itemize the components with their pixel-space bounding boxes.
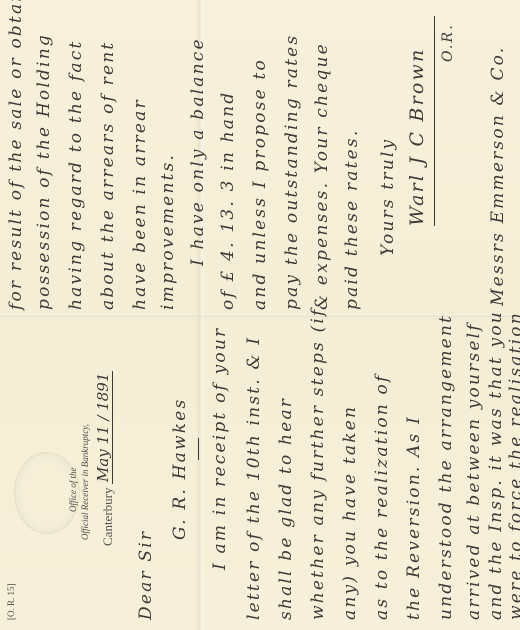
- re-line-underline: [198, 438, 199, 460]
- body-line: improvements.: [158, 153, 178, 310]
- page-two: for result of the sale or obtaining poss…: [0, 0, 520, 316]
- letter-sheet: [O. R. 15] Office of the Official Receiv…: [0, 0, 520, 630]
- signature-title: O.R.: [440, 23, 456, 62]
- body-line: & expenses. Your cheque: [312, 42, 332, 310]
- body-line: having regard to the fact: [66, 40, 86, 310]
- body-line: I have only a balance: [188, 37, 208, 266]
- body-line: as to the realization of: [372, 374, 392, 620]
- body-line: have been in arrear: [130, 98, 150, 310]
- letter-date: May 11 / 1891: [94, 371, 113, 484]
- body-line: whether any further steps (if: [308, 307, 328, 620]
- page-one: [O. R. 15] Office of the Official Receiv…: [0, 318, 520, 630]
- form-code: [O. R. 15]: [6, 584, 16, 621]
- office-title-line-1: Office of the: [68, 468, 78, 513]
- signature-underline: [434, 16, 435, 226]
- re-line: G. R. Hawkes: [170, 398, 190, 540]
- body-line: arrived at between yourself: [464, 322, 484, 620]
- body-line: were to force the realisation: [506, 311, 520, 620]
- closing: Yours truly: [378, 138, 398, 256]
- body-line: the Reversion. As I: [404, 415, 424, 620]
- body-line: possession of the Holding: [34, 33, 54, 310]
- body-line: understood the arrangement: [436, 314, 456, 620]
- body-line: any) you have taken: [340, 405, 360, 620]
- body-line: of £ 4. 13. 3 in hand: [218, 91, 238, 310]
- signature: Warl J C Brown: [406, 48, 428, 226]
- office-title-line-2: Official Receiver in Bankruptcy,: [80, 424, 90, 540]
- salutation: Dear Sir: [136, 530, 156, 620]
- body-line: paid these rates.: [342, 129, 362, 310]
- letter-place: Canterbury: [100, 488, 116, 546]
- body-line: and the Insp. it was that you: [486, 310, 506, 620]
- body-line: for result of the sale or obtaining: [6, 0, 26, 310]
- addressee-line: Messrs Emmerson & Co.: [488, 46, 508, 306]
- body-line: about the arrears of rent: [98, 41, 118, 310]
- body-line: I am in receipt of your: [210, 327, 230, 570]
- body-line: pay the outstanding rates: [282, 34, 302, 310]
- body-line: letter of the 10th inst. & I: [244, 336, 264, 620]
- body-line: and unless I propose to: [250, 58, 270, 310]
- body-line: shall be glad to hear: [276, 397, 296, 620]
